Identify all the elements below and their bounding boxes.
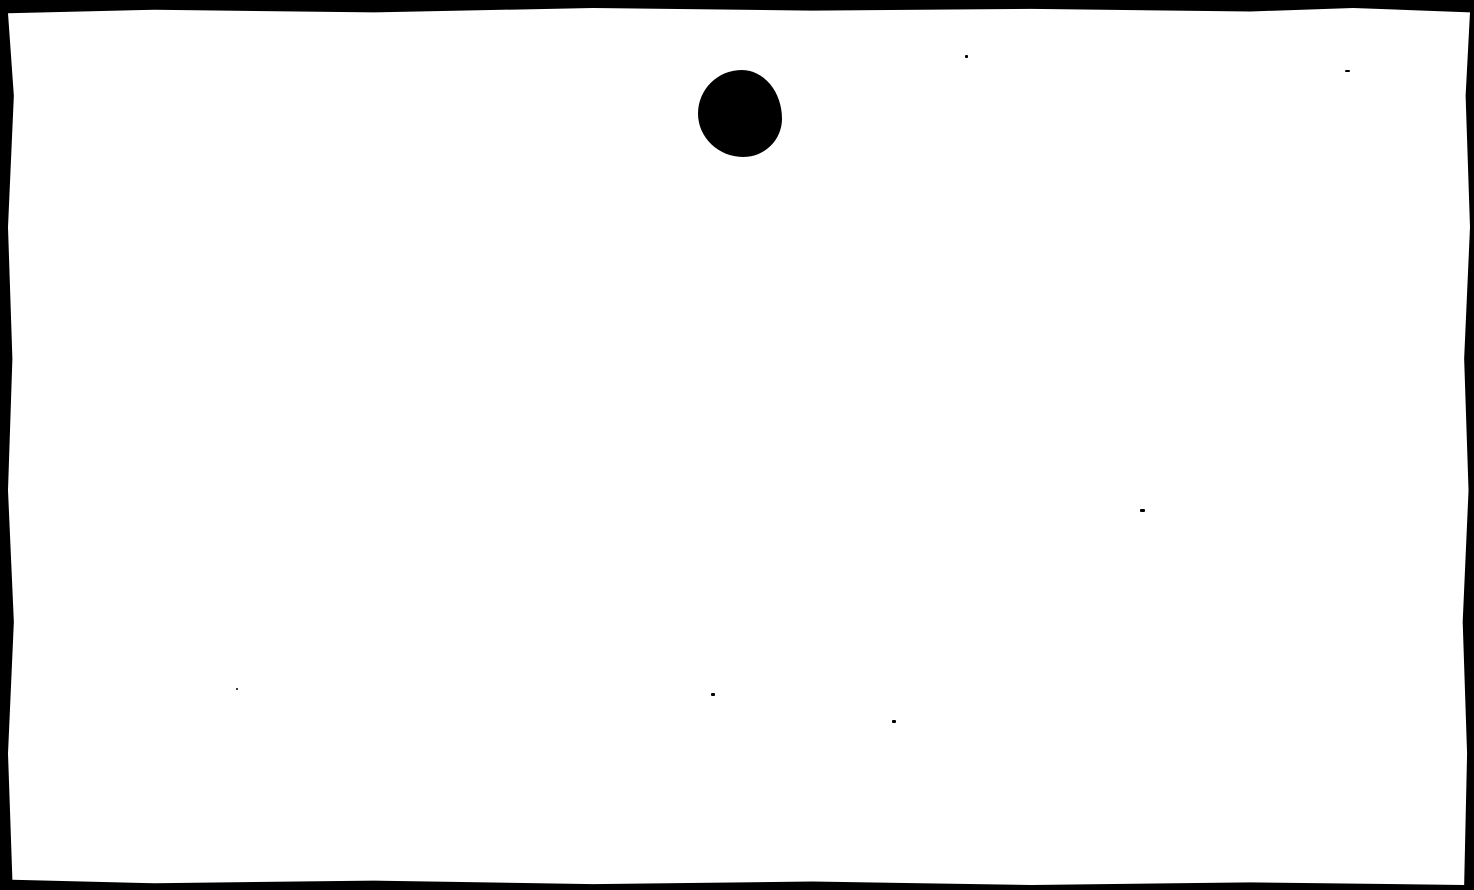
dust-speck bbox=[236, 688, 238, 690]
dust-speck bbox=[892, 720, 896, 723]
dust-speck bbox=[965, 55, 968, 58]
dust-speck bbox=[711, 693, 715, 696]
dust-speck bbox=[1140, 509, 1145, 512]
dust-speck bbox=[1345, 70, 1350, 72]
ink-blot bbox=[698, 70, 782, 157]
scanned-sheet bbox=[8, 8, 1470, 885]
